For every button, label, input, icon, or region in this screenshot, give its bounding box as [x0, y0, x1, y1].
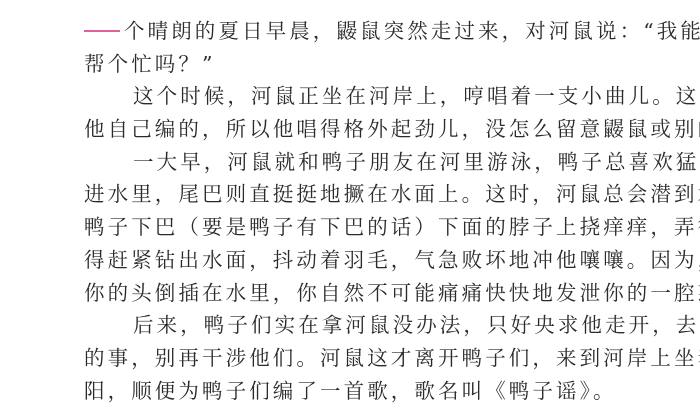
- text-line: 后来，鸭子们实在拿河鼠没办法，只好央求他走开，去管自己: [84, 309, 629, 342]
- document-page: 个晴朗的夏日早晨，鼹鼠突然走过来，对河鼠说：“我能请你 帮个忙吗？” 这个时候，…: [84, 15, 629, 369]
- paragraph-1: 个晴朗的夏日早晨，鼹鼠突然走过来，对河鼠说：“我能请你 帮个忙吗？”: [84, 15, 629, 80]
- line-text: 个晴朗的夏日早晨，鼹鼠突然走过来，对河鼠说：“我能请你: [124, 19, 700, 43]
- text-line: 一大早，河鼠就和鸭子朋友在河里游泳，鸭子总喜欢猛地把头扎: [84, 146, 629, 179]
- text-line: 的事，别再干涉他们。河鼠这才离开鸭子们，来到河岸上坐着晒太: [84, 342, 629, 369]
- paragraph-4: 后来，鸭子们实在拿河鼠没办法，只好央求他走开，去管自己 的事，别再干涉他们。河鼠…: [84, 309, 629, 369]
- text-line: 鸭子下巴（要是鸭子有下巴的话）下面的脖子上挠痒痒，弄得鸭子只: [84, 211, 629, 244]
- text-line: 帮个忙吗？”: [84, 48, 629, 81]
- paragraph-2: 这个时候，河鼠正坐在河岸上，哼唱着一支小曲儿。这首歌是 他自己编的，所以他唱得格…: [84, 80, 629, 145]
- paragraph-3: 一大早，河鼠就和鸭子朋友在河里游泳，鸭子总喜欢猛地把头扎 进水里，尾巴则直挺挺地…: [84, 146, 629, 309]
- text-line: 得赶紧钻出水面，抖动着羽毛，气急败坏地冲他嚷嚷。因为，要是: [84, 244, 629, 277]
- text-line: 他自己编的，所以他唱得格外起劲儿，没怎么留意鼹鼠或别的事情。: [84, 113, 629, 146]
- text-line: 个晴朗的夏日早晨，鼹鼠突然走过来，对河鼠说：“我能请你: [84, 15, 629, 48]
- text-line: 你的头倒插在水里，你自然不可能痛痛快快地发泄你的一腔怒火。: [84, 277, 629, 310]
- lead-dash-mark: [84, 30, 120, 32]
- text-line: 进水里，尾巴则直挺挺地撅在水面上。这时，河鼠总会潜到水下，在: [84, 178, 629, 211]
- text-line: 这个时候，河鼠正坐在河岸上，哼唱着一支小曲儿。这首歌是: [84, 80, 629, 113]
